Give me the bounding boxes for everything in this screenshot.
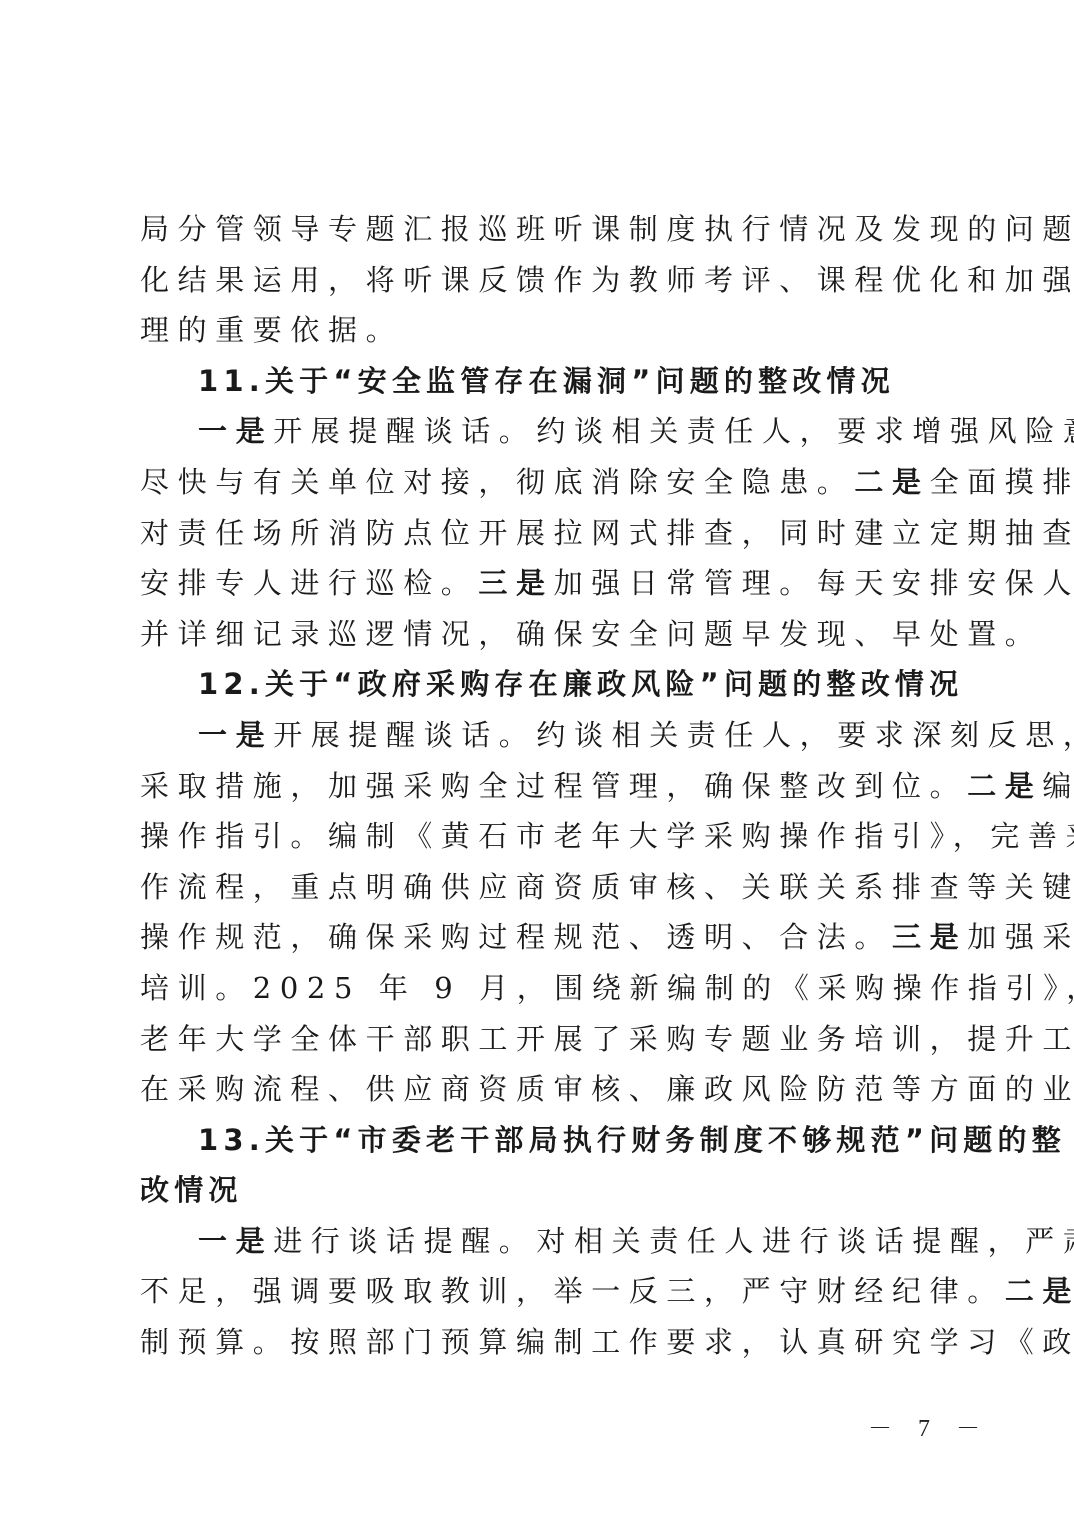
item-lead-label: 三是 — [478, 566, 553, 600]
text-segment: 13.关于“市委老干部局执行财务制度不够规范”问题的整 — [198, 1123, 1066, 1157]
item-lead-label: 二是 — [854, 465, 929, 499]
item-lead-label: 一是 — [198, 414, 273, 448]
paragraph-line: 对责任场所消防点位开展拉网式排查，同时建立定期抽查机制， — [140, 508, 936, 559]
page-number: － 7 － — [868, 1408, 990, 1443]
text-segment: 12.关于“政府采购存在廉政风险”问题的整改情况 — [198, 667, 963, 701]
text-segment: 加强采购业务 — [967, 920, 1074, 954]
paragraph-line: 操作指引。编制《黄石市老年大学采购操作指引》，完善采购操 — [140, 811, 936, 862]
document-body: 局分管领导专题汇报巡班听课制度执行情况及发现的问题，并强化结果运用，将听课反馈作… — [140, 204, 936, 1368]
text-segment: 并详细记录巡逻情况，确保安全问题早发现、早处置。 — [140, 617, 1042, 651]
paragraph-line: 培训。2025 年 9 月，围绕新编制的《采购操作指引》，组织市 — [140, 963, 936, 1014]
section-heading-line: 13.关于“市委老干部局执行财务制度不够规范”问题的整 — [140, 1115, 936, 1166]
text-segment: 编制采购 — [1042, 769, 1074, 803]
paragraph-line: 操作规范，确保采购过程规范、透明、合法。三是加强采购业务 — [140, 912, 936, 963]
paragraph-line: 安排专人进行巡检。三是加强日常管理。每天安排安保人员巡逻， — [140, 558, 936, 609]
paragraph-line: 老年大学全体干部职工开展了采购专题业务培训，提升工作人员 — [140, 1014, 936, 1065]
paragraph-line: 采取措施，加强采购全过程管理，确保整改到位。二是编制采购 — [140, 761, 936, 812]
paragraph-line: 作流程，重点明确供应商资质审核、关联关系排查等关键环节的 — [140, 862, 936, 913]
text-segment: 老年大学全体干部职工开展了采购专题业务培训，提升工作人员 — [140, 1022, 1074, 1056]
paragraph-line: 尽快与有关单位对接，彻底消除安全隐患。二是全面摸排统计。 — [140, 457, 936, 508]
document-page: 局分管领导专题汇报巡班听课制度执行情况及发现的问题，并强化结果运用，将听课反馈作… — [0, 0, 1074, 1520]
paragraph-line: 不足，强调要吸取教训，举一反三，严守财经纪律。二是科学编 — [140, 1266, 936, 1317]
section-heading-line: 12.关于“政府采购存在廉政风险”问题的整改情况 — [140, 659, 936, 710]
item-lead-label: 一是 — [198, 1224, 273, 1258]
paragraph-line: 制预算。按照部门预算编制工作要求，认真研究学习《政府收支 — [140, 1317, 936, 1368]
section-heading-line: 11.关于“安全监管存在漏洞”问题的整改情况 — [140, 356, 936, 407]
paragraph-line: 理的重要依据。 — [140, 305, 936, 356]
paragraph-line: 一是开展提醒谈话。约谈相关责任人，要求深刻反思，切实 — [140, 710, 936, 761]
item-lead-label: 三是 — [892, 920, 967, 954]
paragraph-line: 在采购流程、供应商资质审核、廉政风险防范等方面的业务水平。 — [140, 1064, 936, 1115]
text-segment: 开展提醒谈话。约谈相关责任人，要求深刻反思，切实 — [273, 718, 1074, 752]
section-heading-line: 改情况 — [140, 1165, 936, 1216]
paragraph-line: 一是开展提醒谈话。约谈相关责任人，要求增强风险意识， — [140, 406, 936, 457]
item-lead-label: 二是 — [1005, 1274, 1074, 1308]
text-segment: 改情况 — [140, 1173, 243, 1207]
paragraph-line: 一是进行谈话提醒。对相关责任人进行谈话提醒，严肃批评 — [140, 1216, 936, 1267]
text-segment: 安排专人进行巡检。 — [140, 566, 478, 600]
text-segment: 开展提醒谈话。约谈相关责任人，要求增强风险意识， — [273, 414, 1074, 448]
text-segment: 操作规范，确保采购过程规范、透明、合法。 — [140, 920, 892, 954]
text-segment: 11.关于“安全监管存在漏洞”问题的整改情况 — [198, 364, 895, 398]
text-segment: 尽快与有关单位对接，彻底消除安全隐患。 — [140, 465, 854, 499]
text-segment: 操作指引。编制《黄石市老年大学采购操作指引》，完善采购操 — [140, 819, 1074, 853]
paragraph-line: 化结果运用，将听课反馈作为教师考评、课程优化和加强教学管 — [140, 255, 936, 306]
text-segment: 不足，强调要吸取教训，举一反三，严守财经纪律。 — [140, 1274, 1005, 1308]
text-segment: 化结果运用，将听课反馈作为教师考评、课程优化和加强教学管 — [140, 263, 1074, 297]
text-segment: 全面摸排统计。 — [930, 465, 1074, 499]
paragraph-line: 并详细记录巡逻情况，确保安全问题早发现、早处置。 — [140, 609, 936, 660]
text-segment: 局分管领导专题汇报巡班听课制度执行情况及发现的问题，并强 — [140, 212, 1074, 246]
item-lead-label: 一是 — [198, 718, 273, 752]
text-segment: 进行谈话提醒。对相关责任人进行谈话提醒，严肃批评 — [273, 1224, 1074, 1258]
text-segment: 理的重要依据。 — [140, 313, 403, 347]
text-segment: 加强日常管理。每天安排安保人员巡逻， — [554, 566, 1074, 600]
text-segment: 在采购流程、供应商资质审核、廉政风险防范等方面的业务水平。 — [140, 1072, 1074, 1106]
paragraph-line: 局分管领导专题汇报巡班听课制度执行情况及发现的问题，并强 — [140, 204, 936, 255]
text-segment: 作流程，重点明确供应商资质审核、关联关系排查等关键环节的 — [140, 870, 1074, 904]
text-segment: 采取措施，加强采购全过程管理，确保整改到位。 — [140, 769, 967, 803]
text-segment: 培训。2025 年 9 月，围绕新编制的《采购操作指引》，组织市 — [140, 971, 1074, 1005]
text-segment: 对责任场所消防点位开展拉网式排查，同时建立定期抽查机制， — [140, 516, 1074, 550]
item-lead-label: 二是 — [967, 769, 1042, 803]
text-segment: 制预算。按照部门预算编制工作要求，认真研究学习《政府收支 — [140, 1325, 1074, 1359]
